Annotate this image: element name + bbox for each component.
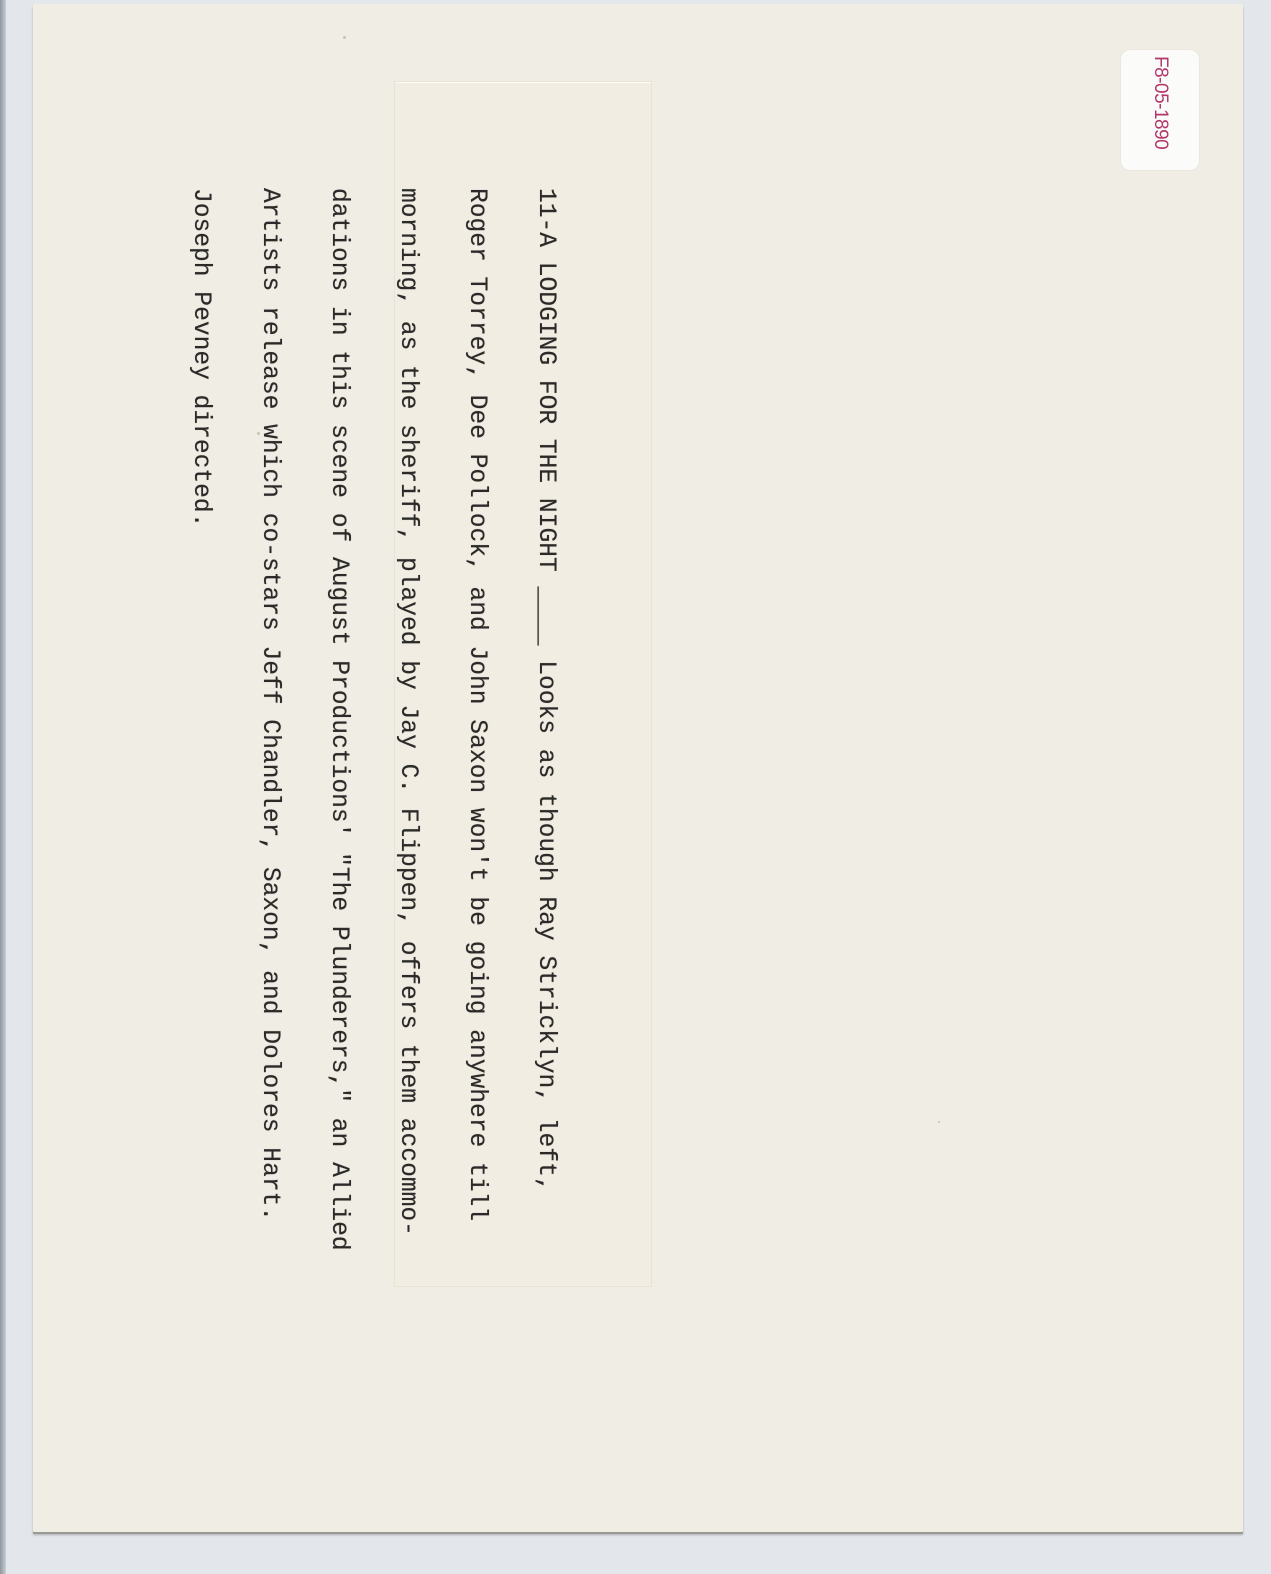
caption-line-1: 11-A LODGING FOR THE NIGHT ____ Looks as… bbox=[534, 188, 557, 1251]
paper-speck bbox=[343, 36, 346, 39]
catalog-number: F8-05-1890 bbox=[1149, 56, 1171, 149]
caption-line-6: Joseph Pevney directed. bbox=[189, 188, 212, 1251]
scanner-edge bbox=[0, 0, 6, 1574]
caption-line-4: dations in this scene of August Producti… bbox=[327, 188, 350, 1251]
caption-line-3: morning, as the sheriff, played by Jay C… bbox=[396, 188, 419, 1251]
caption-text: 11-A LODGING FOR THE NIGHT ____ Looks as… bbox=[166, 188, 603, 1251]
caption-line-2: Roger Torrey, Dee Pollock, and John Saxo… bbox=[465, 188, 488, 1251]
paper-speck bbox=[938, 1121, 940, 1123]
caption-line-5: Artists release which co-stars Jeff Chan… bbox=[258, 188, 281, 1251]
